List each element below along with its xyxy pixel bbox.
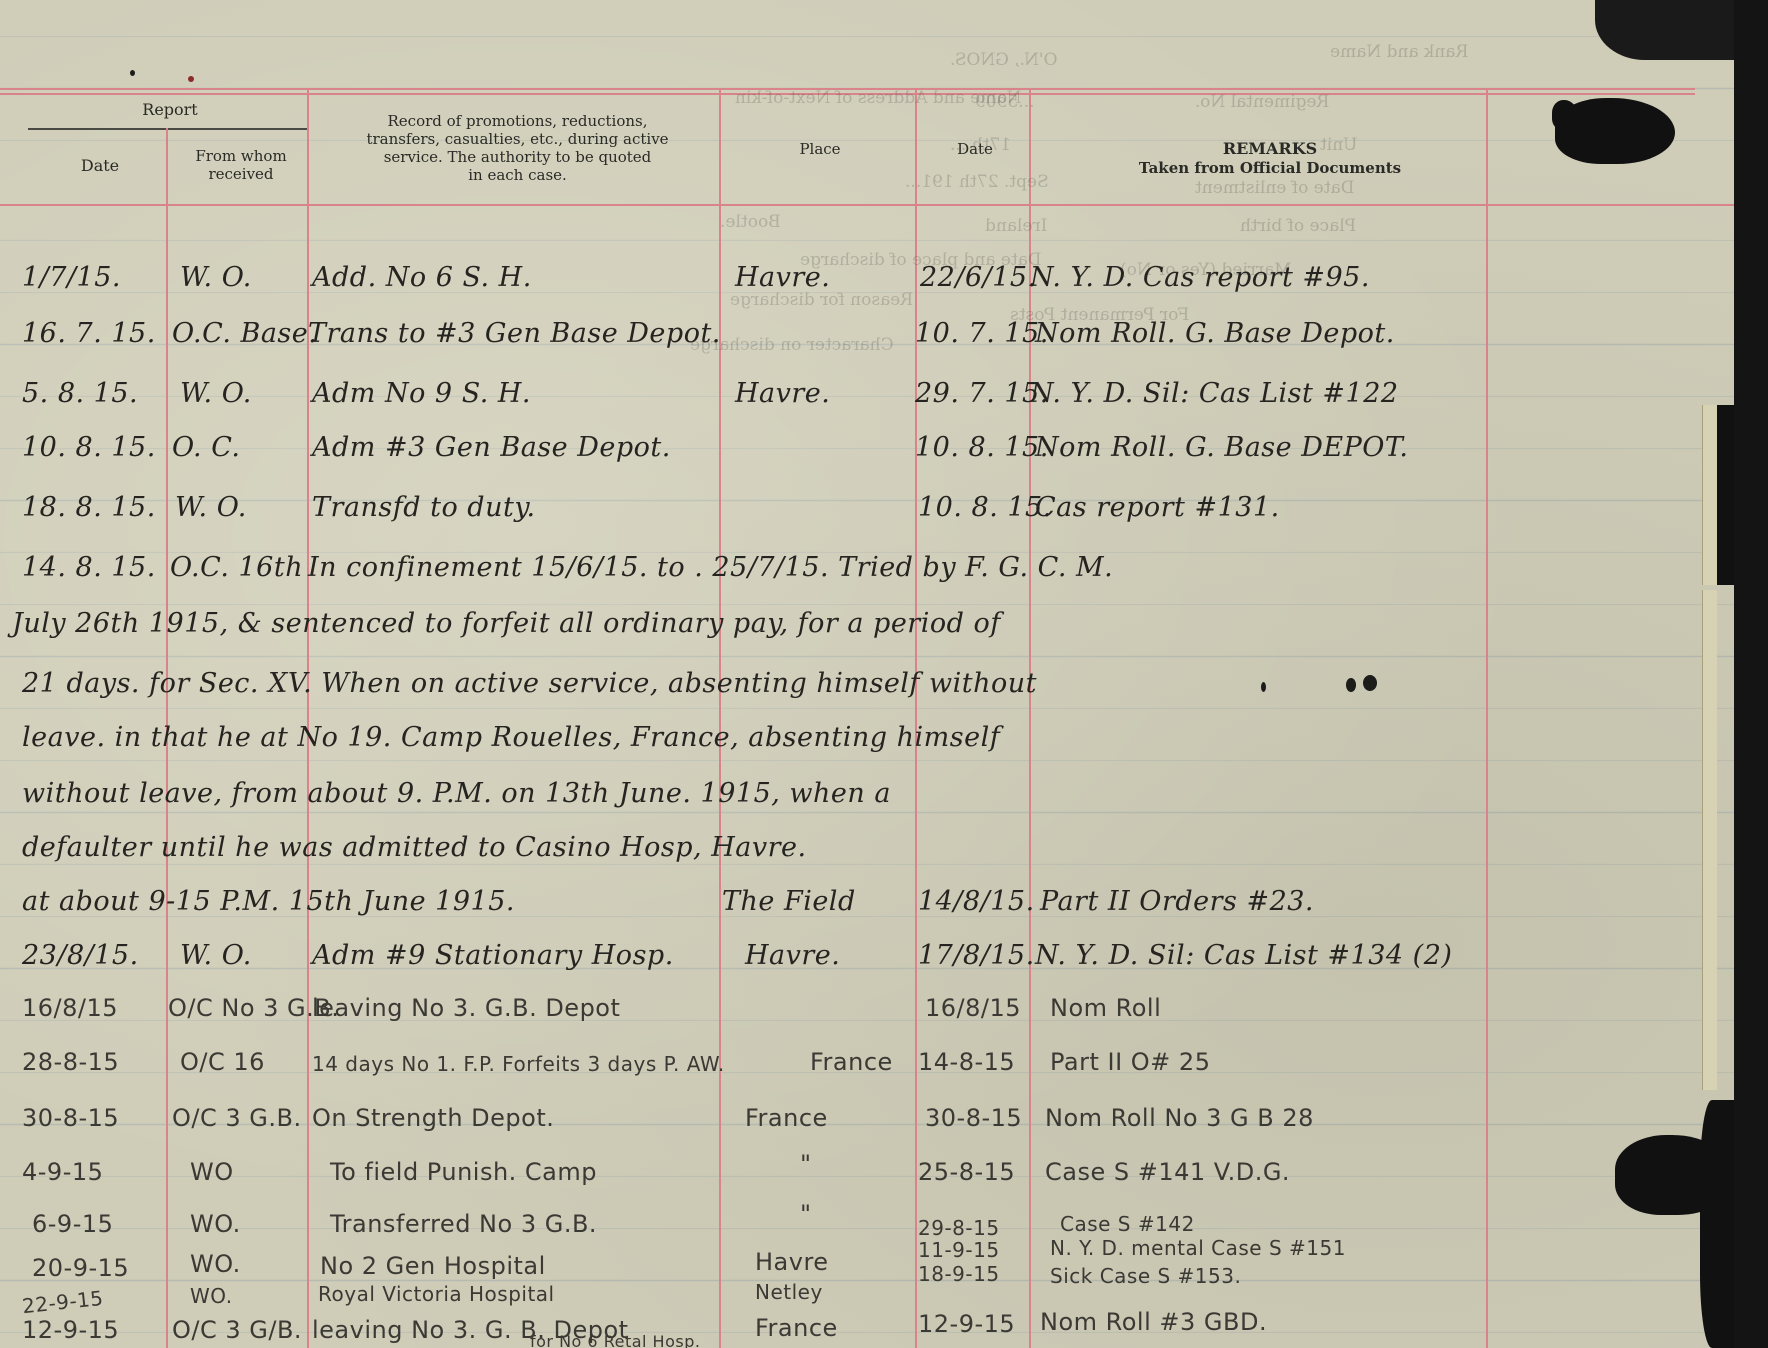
row10-record: On Strength Depot. [312,1104,554,1132]
row14-date: 18-9-15 [918,1262,1000,1286]
row11-remarks: Case S #141 V.D.G. [1045,1158,1290,1186]
row7-date: 17/8/15. [918,940,1035,971]
row13-report-date: 20-9-15 [32,1254,129,1282]
row5-date: 10. 8. 15. [918,492,1052,523]
narrative-final-text: at about 9-15 P.M. 15th June 1915. [22,886,515,917]
ink-blot [1363,675,1377,691]
ghost-name-value: O'N., GNOS. [950,50,1057,70]
header-place: Place [760,140,880,158]
row11-report-date: 4-9-15 [22,1158,103,1186]
row15-place: France [755,1314,838,1342]
row8-report-date: 16/8/15 [22,994,118,1022]
row1-record: Add. No 6 S. H. [312,262,532,293]
row2-record: Trans to #3 Gen Base Depot. [308,318,721,349]
ghost-birth-value: Ireland [985,216,1047,236]
row12-remarks: Case S #142 [1060,1212,1195,1236]
spine-tape [1702,590,1717,1090]
row14-report-date: 22-9-15 [21,1286,105,1318]
row9-record: 14 days No 1. F.P. Forfeits 3 days P. AW… [312,1052,725,1076]
ghost-unit-value: 17th ... [950,135,1011,155]
header-report-date: Date [40,157,160,175]
row12-date: 29-8-15 [918,1216,1000,1240]
row4-record: Adm #3 Gen Base Depot. [312,432,671,463]
row3-from: W. O. [180,378,252,409]
ink-blot [130,70,135,76]
row7-remarks: N. Y. D. Sil: Cas List #134 (2) [1035,940,1452,971]
row12-place: " [800,1200,812,1228]
row4-report-date: 10. 8. 15. [22,432,156,463]
narrative-final-place: The Field [722,886,856,917]
row9-date: 14-8-15 [918,1048,1015,1076]
col-rule-2 [307,88,309,1348]
row7-record: Adm #9 Stationary Hosp. [312,940,674,971]
row13-remarks: N. Y. D. mental Case S #151 [1050,1236,1346,1260]
row15-report-date: 12-9-15 [22,1316,119,1344]
row13-record: No 2 Gen Hospital [320,1252,546,1280]
row6-record: In confinement 15/6/15. to . 25/7/15. Tr… [308,552,1113,583]
ghost-birth: Place of birth [1240,216,1356,236]
row7-place: Havre. [745,940,840,971]
row8-record: leaving No 3. G.B. Depot [312,994,620,1022]
row14-place: Netley [755,1280,823,1304]
spine-tape [1702,405,1717,585]
row2-from: O.C. Base. [172,318,317,349]
row8-date: 16/8/15 [925,994,1021,1022]
row1-place: Havre. [735,262,830,293]
torn-corner [1595,0,1735,60]
row5-record: Transfd to duty. [312,492,536,523]
row11-place: " [800,1150,812,1178]
record-page: Report Date From whom received Record of… [0,0,1735,1348]
row3-record: Adm No 9 S. H. [312,378,531,409]
narrative-line-5: defaulter until he was admitted to Casin… [22,832,807,863]
row4-date: 10. 8. 15. [915,432,1049,463]
header-remarks-sub: Taken from Official Documents [1040,159,1500,177]
ghost-reason: Reason for discharge [730,290,913,310]
row3-remarks: N. Y. D. Sil: Cas List #122 [1030,378,1399,409]
narrative-line-3: leave. in that he at No 19. Camp Rouelle… [22,722,1000,753]
row5-remarks: Cas report #131. [1035,492,1280,523]
row13-from: WO. [190,1250,241,1278]
narrative-final-date: 14/8/15. [918,886,1035,917]
row7-report-date: 23/8/15. [22,940,139,971]
col-rule-3 [719,88,721,1348]
row4-from: O. C. [172,432,241,463]
row12-record: Transferred No 3 G.B. [330,1210,597,1238]
ghost-unit: Unit [1320,135,1358,155]
row10-place: France [745,1104,828,1132]
margin-note: for No 6 Retal Hosp. [530,1332,700,1348]
narrative-final-remarks: Part II Orders #23. [1040,886,1314,917]
row9-place: France [810,1048,893,1076]
row5-report-date: 18. 8. 15. [22,492,156,523]
row2-remarks: Nom Roll. G. Base Depot. [1035,318,1395,349]
ink-blot [1261,682,1266,692]
row15-from: O/C 3 G/B. [172,1316,302,1344]
row10-date: 30-8-15 [925,1104,1022,1132]
report-group-underline [28,128,308,130]
binding-edge [1734,0,1768,1348]
ghost-name-address: Name and Address of Next-of-kin [735,88,1021,108]
ink-blot [1346,678,1356,692]
row11-from: WO [190,1158,234,1186]
row14-from: WO. [190,1284,233,1308]
header-report: Report [100,101,240,119]
row10-report-date: 30-8-15 [22,1104,119,1132]
row11-date: 25-8-15 [918,1158,1015,1186]
row12-report-date: 6-9-15 [32,1210,113,1238]
narrative-line-4: without leave, from about 9. P.M. on 13t… [22,778,891,809]
row6-report-date: 14. 8. 15. [22,552,156,583]
row3-place: Havre. [735,378,830,409]
row1-from: W. O. [180,262,252,293]
row7-from: W. O. [180,940,252,971]
row10-from: O/C 3 G.B. [172,1104,302,1132]
row15-date: 12-9-15 [918,1310,1015,1338]
row6-from: O.C. 16th [170,552,303,583]
header-record: Record of promotions, reductions, transf… [320,112,715,184]
col-rule-6 [1486,88,1488,1348]
row14-remarks: Sick Case S #153. [1050,1264,1241,1288]
ghost-enlist-value: Sept. 27th 191... [905,172,1049,192]
row10-remarks: Nom Roll No 3 G B 28 [1045,1104,1314,1132]
row9-report-date: 28-8-15 [22,1048,119,1076]
tear-hole-top-small [1552,100,1578,130]
row1-report-date: 1/7/15. [22,262,121,293]
row3-date: 29. 7. 15. [915,378,1049,409]
row15-remarks: Nom Roll #3 GBD. [1040,1308,1267,1336]
header-bottom-rule [0,204,1735,206]
row5-from: W. O. [175,492,247,523]
ghost-rank-name: Rank and Name [1330,42,1469,62]
row9-remarks: Part II O# 25 [1050,1048,1210,1076]
row13-date: 11-9-15 [918,1238,1000,1262]
row8-remarks: Nom Roll [1050,994,1161,1022]
ghost-enlist: Date of enlistment [1195,178,1354,198]
row1-remarks: N. Y. D. Cas report #95. [1030,262,1370,293]
narrative-line-1: July 26th 1915, & sentenced to forfeit a… [12,608,1001,639]
row9-from: O/C 16 [180,1048,265,1076]
row4-remarks: Nom Roll. G. Base DEPOT. [1035,432,1409,463]
row13-place: Havre [755,1248,829,1276]
row2-report-date: 16. 7. 15. [22,318,156,349]
ghost-address: Bootle. [720,212,781,232]
row3-report-date: 5. 8. 15. [22,378,138,409]
row12-from: WO. [190,1210,241,1238]
ink-blot [188,76,194,82]
row1-date: 22/6/15. [920,262,1037,293]
row2-date: 10. 7. 15. [915,318,1049,349]
header-from-whom: From whom received [176,147,306,183]
ghost-reg-no: Regimental No. [1195,92,1329,112]
row14-record: Royal Victoria Hospital [318,1282,555,1306]
row11-record: To field Punish. Camp [330,1158,597,1186]
header-remarks: REMARKS [1040,140,1500,158]
narrative-line-2: 21 days. for Sec. XV. When on active ser… [22,668,1037,699]
col-rule-4 [915,88,917,1348]
